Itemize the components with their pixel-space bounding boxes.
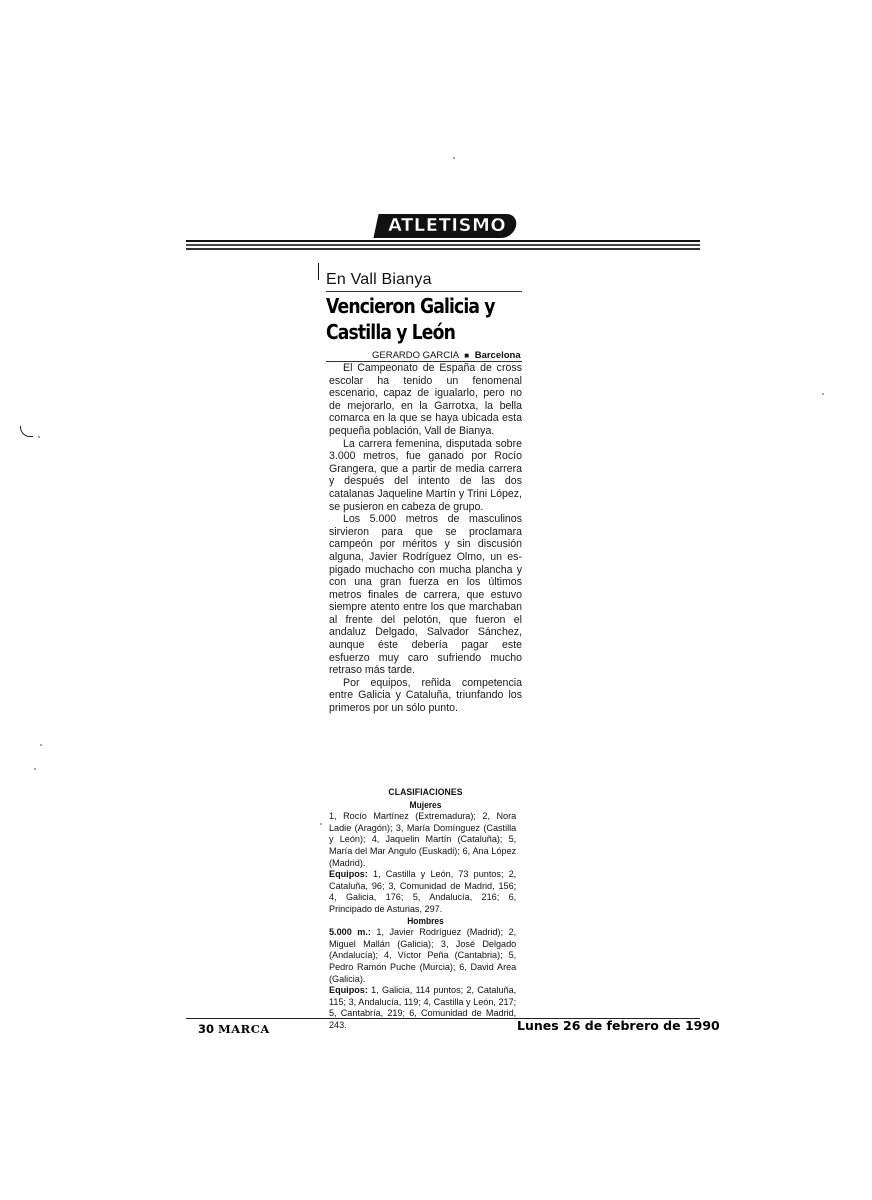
scan-mark bbox=[20, 426, 33, 437]
section-rule bbox=[186, 240, 700, 242]
results-women-heading: Mujeres bbox=[339, 799, 513, 811]
byline-author: GERARDO GARCIA bbox=[372, 350, 459, 361]
kicker-rule bbox=[326, 291, 522, 292]
results-women-teams: Equipos: 1, Castilla y León, 73 puntos; … bbox=[329, 868, 516, 914]
scan-dot bbox=[320, 823, 322, 825]
event-label: 5.000 m.: bbox=[329, 926, 371, 937]
section-label: ATLETISMO bbox=[373, 214, 518, 238]
results-men-individual: 5.000 m.: 1, Javier Rodríguez (Madrid); … bbox=[329, 926, 516, 984]
paragraph: Los 5.000 metros de masculinos sirvieron… bbox=[329, 513, 522, 677]
kicker: En Vall Bianya bbox=[326, 271, 432, 289]
publication-masthead: MARCA bbox=[218, 1022, 270, 1036]
byline-place: Barcelona bbox=[475, 350, 521, 361]
footer-date: Lunes 26 de febrero de 1990 bbox=[517, 1018, 720, 1033]
page-number: 30 bbox=[198, 1022, 214, 1036]
teams-label: Equipos: bbox=[329, 868, 368, 879]
results-section: CLASIFIACIONES Mujeres 1, Rocío Martínez… bbox=[329, 787, 522, 1030]
scan-dot bbox=[453, 157, 455, 159]
section-label-text: ATLETISMO bbox=[388, 214, 506, 238]
section-rule bbox=[186, 248, 700, 250]
headline: Vencieron Galicia y Castilla y León bbox=[326, 293, 507, 345]
scan-dot bbox=[38, 436, 40, 438]
headline-line-1: Vencieron Galicia y bbox=[326, 293, 507, 319]
byline-separator-icon: ■ bbox=[464, 351, 469, 360]
byline: GERARDO GARCIA ■ Barcelona bbox=[372, 350, 521, 361]
teams-label: Equipos: bbox=[329, 984, 368, 995]
results-men-heading: Hombres bbox=[339, 915, 513, 927]
kicker-bar bbox=[318, 263, 319, 280]
results-women-individual: 1, Rocío Martínez (Extremadura); 2, Nora… bbox=[329, 810, 516, 868]
section-rule bbox=[186, 244, 700, 246]
article-body: El Campeonato de España de cross escolar… bbox=[329, 362, 522, 715]
headline-line-2: Castilla y León bbox=[326, 319, 507, 345]
scan-dot bbox=[40, 744, 42, 746]
paragraph: El Campeonato de España de cross escolar… bbox=[329, 362, 522, 438]
scan-dot bbox=[822, 393, 824, 395]
scan-dot bbox=[34, 768, 36, 770]
results-title: CLASIFIACIONES bbox=[339, 787, 513, 799]
results-men-teams: Equipos: 1, Galicia, 114 puntos; 2, Cata… bbox=[329, 984, 516, 1030]
paragraph: La carrera femenina, disputada so­bre 3.… bbox=[329, 438, 522, 514]
footer-folio: 30 MARCA bbox=[198, 1022, 270, 1036]
paragraph: Por equipos, reñida competencia entre Ga… bbox=[329, 677, 522, 715]
